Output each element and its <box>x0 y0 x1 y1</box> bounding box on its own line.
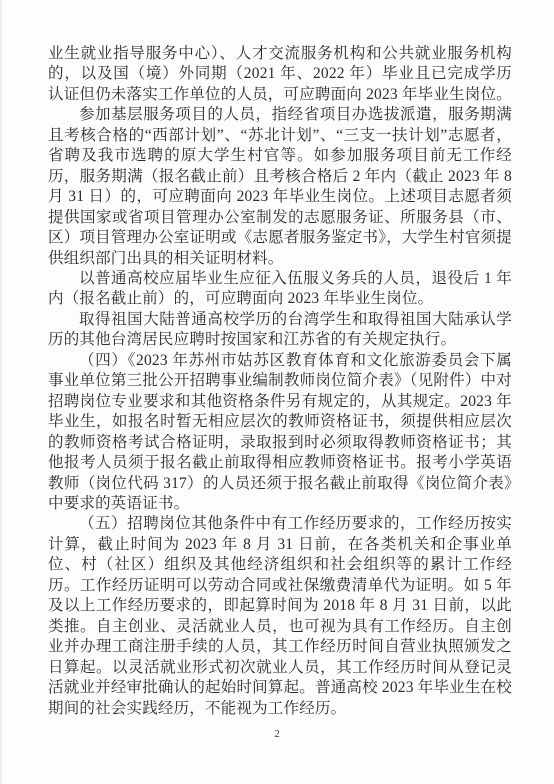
paragraph-military-service-veterans: 以普通高校应届毕业生应征入伍服义务兵的人员，退役后 1 年内（报名截止前）的，可… <box>48 269 512 310</box>
document-body: 业生就业指导服务中心）、人才交流服务机构和公共就业服务机构的，以及国（境）外同期… <box>48 44 512 719</box>
document-page: 业生就业指导服务中心）、人才交流服务机构和公共就业服务机构的，以及国（境）外同期… <box>0 0 554 784</box>
paragraph-continuation-graduates-eligibility: 业生就业指导服务中心）、人才交流服务机构和公共就业服务机构的，以及国（境）外同期… <box>48 44 512 105</box>
paragraph-grassroots-service-program: 参加基层服务项目的人员，指经省项目办选拔派遣，服务期满且考核合格的“西部计划”、… <box>48 105 512 269</box>
paragraph-item-4-teacher-qualification: （四）《2023 年苏州市姑苏区教育体育和文化旅游委员会下属事业单位第三批公开招… <box>48 351 512 515</box>
paragraph-item-5-work-experience: （五）招聘岗位其他条件中有工作经历要求的，工作经历按实计算，截止时间为 2023… <box>48 514 512 719</box>
page-number: 2 <box>0 727 554 741</box>
paragraph-taiwan-students: 取得祖国大陆普通高校学历的台湾学生和取得祖国大陆承认学历的其他台湾居民应聘时按国… <box>48 310 512 351</box>
